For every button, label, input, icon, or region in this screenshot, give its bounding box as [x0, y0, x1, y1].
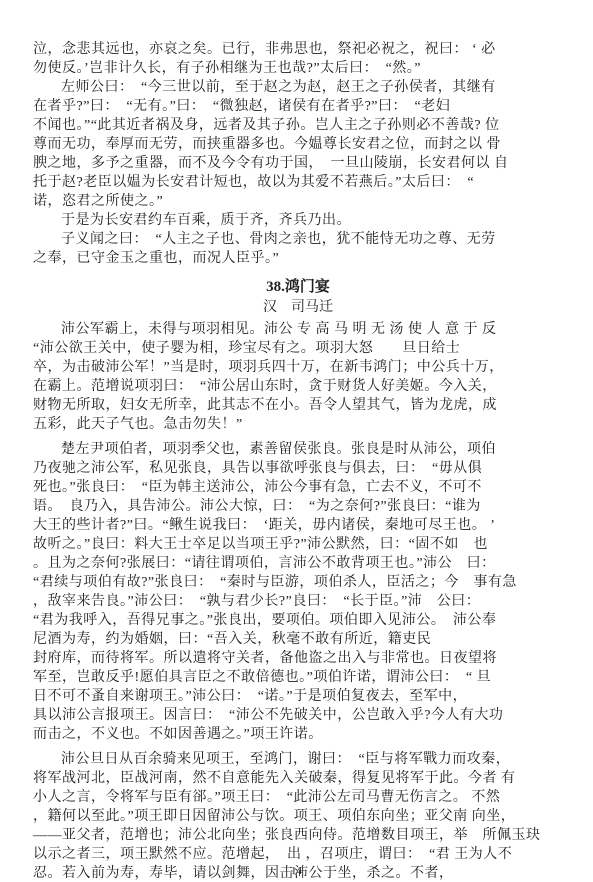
- text-line: 故听之。”良曰：料大王士卒足以当项王乎?”沛公默然，曰：“固不如 也: [33, 535, 563, 554]
- text-line: 左师公曰： “今三世以前，至于赵之为赵，赵王之子孙侯者，其继有: [33, 78, 563, 97]
- page-number: 14: [0, 865, 593, 877]
- text-line: 尼酒为寿，约为婚姻，曰：“吾入关，秋毫不敢有所近，籍吏民: [33, 630, 563, 649]
- text-line: 而击之，不义也。不如因善遇之。”项王许诺。: [33, 725, 563, 744]
- text-line: 楚左尹项伯者，项羽季父也，素善留侯张良。张良是时从沛公，项伯: [33, 440, 563, 459]
- text-line: 死也。”张良曰： “臣为韩主送沛公，沛公今事有急，亡去不义，不可不: [33, 478, 563, 497]
- text-line: 在霸上。范增说项羽曰： “沛公居山东时，贪于财货人好美姬。今入关，: [33, 377, 563, 396]
- text-line: 于是为长安君约车百乘，质于齐，齐兵乃出。: [33, 211, 563, 230]
- document-content: 泣，念悲其远也，亦哀之矣。已行，非弗思也，祭祀必祝之，祝曰： ‘ 必勿使反。’岂…: [33, 40, 563, 882]
- text-line: 勿使反。’岂非计久长，有子孙相继为王也哉?”太后曰： “然。”: [33, 59, 563, 78]
- text-line: 泣，念悲其远也，亦哀之矣。已行，非弗思也，祭祀必祝之，祝曰： ‘ 必: [33, 40, 563, 59]
- text-line: 大王的些计者?”曰。“鳅生说我曰： ‘距关，毋内诸侯，秦地可尽王也。 ’: [33, 516, 563, 535]
- text-line: 沛公军霸上，未得与项羽相见。沛公 专 高 马 明 无 汤 使 人 意 于 反: [33, 320, 563, 339]
- text-line: 语。 良乃入，具告沛公。沛公大惊，曰： “为之奈何?”张良曰：“谁为: [33, 497, 563, 516]
- text-line: 封府库，而待将军。所以遣将守关者，备他盗之出入与非常也。日夜望将: [33, 649, 563, 668]
- text-line: 腴之地，多予之重器，而不及今令有功于国， 一旦山陵崩，长安君何以 自: [33, 154, 563, 173]
- text-line: 在者乎?”曰： “无有。”曰： “微独赵，诸侯有在者乎?”曰： “老妇: [33, 97, 563, 116]
- text-line: “君为我呼入，吾得兄事之。”张良出，要项伯。项伯即入见沛公。 沛公奉: [33, 611, 563, 630]
- previous-section-text: 泣，念悲其远也，亦哀之矣。已行，非弗思也，祭祀必祝之，祝曰： ‘ 必勿使反。’岂…: [33, 40, 563, 268]
- text-line: 卒，为击破沛公军！”当是时，项羽兵四十万，在新韦鸿门；中公兵十万，: [33, 358, 563, 377]
- section-title: 38.鸿门宴: [33, 277, 563, 298]
- text-line: 以示之者三，项王默然不应。范增起， 出 ，召项庄，谓曰： “君 王为人不: [33, 845, 563, 864]
- text-line: 日不可不蚤自来谢项王。”沛公曰： “诺。”于是项伯复夜去，至军中，: [33, 687, 563, 706]
- text-line: 五彩，此天子气也。急击勿失！”: [33, 415, 563, 434]
- text-line: “君续与项伯有故?”张良曰： “秦时与臣游，项伯杀人，臣活之；今 事有急: [33, 573, 563, 592]
- section-author: 汉 司马迁: [33, 298, 563, 317]
- text-line: 。且为之奈何?张展曰：“请往谓项伯，言沛公不敢背项王也。”沛公 曰：: [33, 554, 563, 573]
- text-line: 小人之言，令将军与臣有郤。”项王曰： “此沛公左司马曹无伤言之。 不然: [33, 788, 563, 807]
- text-line: 子义闻之曰： “人主之子也、骨肉之亲也，犹不能恃无功之尊、无劳: [33, 230, 563, 249]
- text-line: 不闻也。”“此其近者祸及身，远者及其子孙。岂人主之子孙则必不善哉? 位: [33, 116, 563, 135]
- text-line: “沛公欲王关中，使子婴为相，珍宝尽有之。项羽大怒 旦日给士: [33, 339, 563, 358]
- text-line: 沛公旦日从百余骑来见项王，至鸿门，谢曰： “臣与将军戰力而攻秦，: [33, 750, 563, 769]
- text-line: 乃夜驰之沛公军，私见张良，具告以事欲呼张良与俱去，曰： “毋从俱: [33, 459, 563, 478]
- text-line: 财物无所取，妇女无所幸，此其志不在小。吾令人望其气，皆为龙虎，成: [33, 396, 563, 415]
- text-line: 诺，恣君之所使之。”: [33, 192, 563, 211]
- text-line: 尊而无功，奉厚而无劳，而挟重器多也。今媪尊长安君之位，而封之以 骨: [33, 135, 563, 154]
- text-line: ，敌宰来告良。”沛公曰： “孰与君少长?”良曰： “长于臣。”沛 公曰：: [33, 592, 563, 611]
- section-body-text: 沛公军霸上，未得与项羽相见。沛公 专 高 马 明 无 汤 使 人 意 于 反“沛…: [33, 320, 563, 882]
- text-line: 军至，岂敢反乎!愿伯具言臣之不敢倍德也。”项伯许诺，谓沛公曰： “ 旦: [33, 668, 563, 687]
- text-line: 具以沛公言报项王。因言曰： “沛公不先破关中，公岂敢入乎?今人有大功: [33, 706, 563, 725]
- text-line: 之奉，已守金玉之重也，而况人臣乎。”: [33, 249, 563, 268]
- text-line: 托于赵?老臣以媪为长安君计短也，故以为其爱不若燕后。”太后曰： “: [33, 173, 563, 192]
- text-line: ，籍何以至此。”项王即日因留沛公与饮。项王、项伯东向坐；亚父南 向坐，: [33, 807, 563, 826]
- text-line: 将军战河北，臣战河南，然不自意能先入关破秦，得复见将军于此。今者 有: [33, 769, 563, 788]
- document-page: 泣，念悲其远也，亦哀之矣。已行，非弗思也，祭祀必祝之，祝曰： ‘ 必勿使反。’岂…: [0, 0, 593, 882]
- text-line: ——亚父者，范增也；沛公北向坐；张良西向侍。范增数目项王，举 所佩玉玦: [33, 826, 563, 845]
